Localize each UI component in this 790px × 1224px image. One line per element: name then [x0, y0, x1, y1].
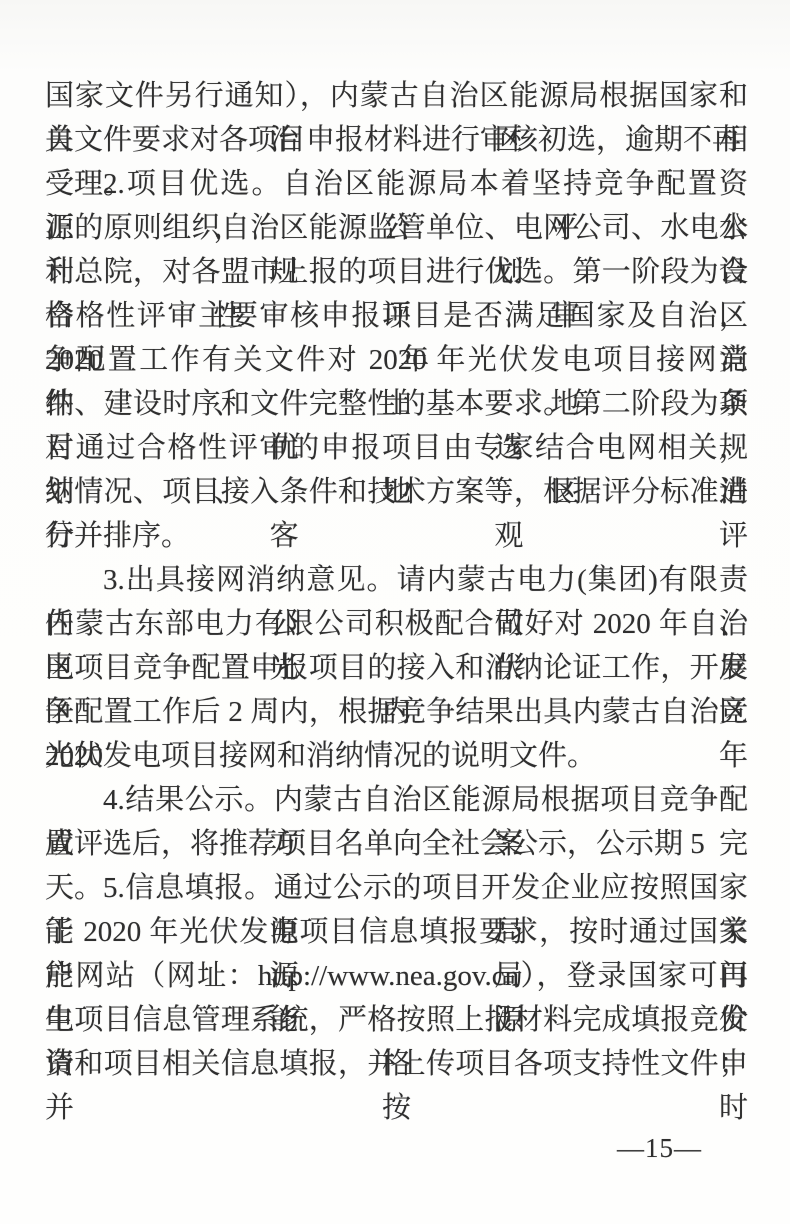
text-line: 电项目竞争配置申报项目的接入和消纳论证工作，开展区内竞 [45, 646, 748, 690]
text-line: 请和项目相关信息填报，并上传项目各项支持性文件；并按时 [45, 1042, 748, 1086]
text-line: 件、建设时序和文件完整性的基本要求。第二阶段为项目优选， [45, 382, 748, 426]
text-line: 对通过合格性评审的申报项目由专家结合电网相关规划、地区消 [45, 426, 748, 470]
text-line: 4.结果公示。内蒙古自治区能源局根据项目竞争配置方案完 [45, 778, 748, 822]
text-line: 户网站（网址：http://www.nea.gov.cn），登录国家可再生能源发 [45, 954, 748, 998]
text-line: 3.出具接网消纳意见。请内蒙古电力(集团)有限责任公司、 [45, 558, 748, 602]
document-page: 国家文件另行通知），内蒙古自治区能源局根据国家和自治区相 关文件要求对各项目申报… [0, 0, 790, 1224]
text-line: 电项目信息管理系统，严格按照上报材料完成填报竞价资格申 [45, 998, 748, 1042]
page-number: —15— [617, 1130, 702, 1166]
text-line: 2.项目优选。自治区能源局本着坚持竞争配置资源，公平公 [45, 162, 748, 206]
document-body: 国家文件另行通知），内蒙古自治区能源局根据国家和自治区相 关文件要求对各项目申报… [45, 74, 748, 1086]
text-line: 关文件要求对各项目申报材料进行审核初选，逾期不再受理。 [45, 118, 748, 162]
text-line: 合格性评审主要审核申报项目是否满足国家及自治区 2020 年竞 [45, 294, 748, 338]
text-line: 内蒙古东部电力有限公司积极配合做好对 2020 年自治区光伏发 [45, 602, 748, 646]
text-line: 争配置工作有关文件对 2020 年光伏发电项目接网消纳、土地条 [45, 338, 748, 382]
text-line: 5.信息填报。通过公示的项目开发企业应按照国家能源局关 [45, 866, 748, 910]
text-line: 正的原则组织自治区能源监管单位、电网公司、水电水利规划设 [45, 206, 748, 250]
text-line: 计总院，对各盟市上报的项目进行优选。第一阶段为合格性评审， [45, 250, 748, 294]
text-line: 争配置工作后 2 周内，根据竞争结果出具内蒙古自治区 2020 年 [45, 690, 748, 734]
text-line: 国家文件另行通知），内蒙古自治区能源局根据国家和自治区相 [45, 74, 748, 118]
text-line: 于 2020 年光伏发电项目信息填报要求，按时通过国家能源局门 [45, 910, 748, 954]
text-line: 成评选后，将推荐项目名单向全社会公示，公示期 5 天。 [45, 822, 748, 866]
text-line: 纳情况、项目接入条件和技术方案等，根据评分标准进行客观评 [45, 470, 748, 514]
